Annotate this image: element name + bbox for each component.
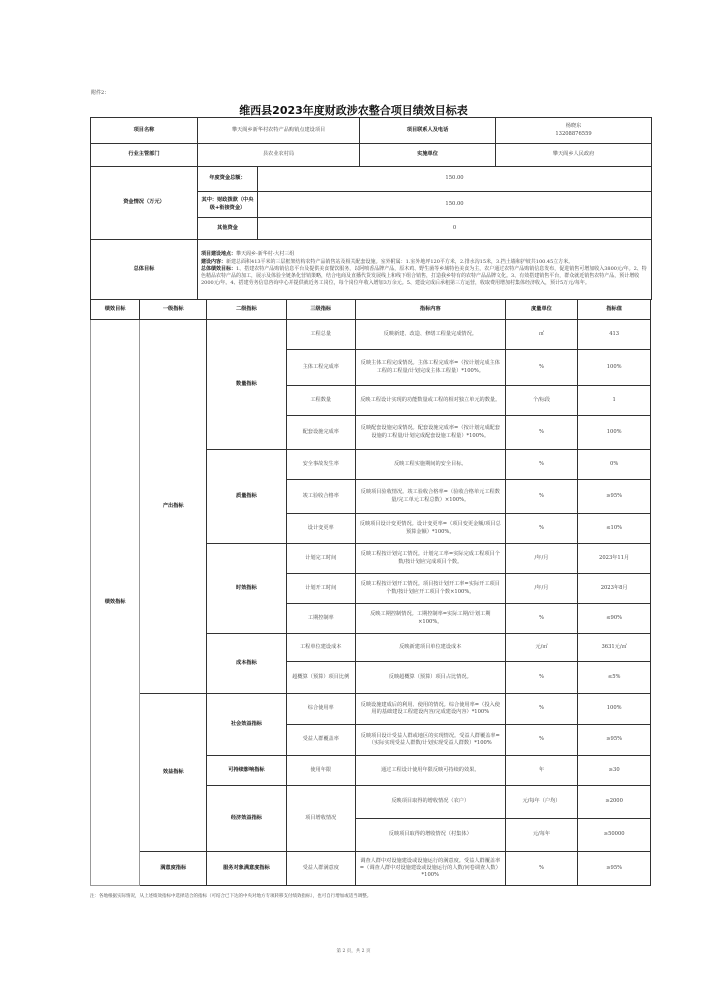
level3-indicator: 综合使用率 — [286, 694, 355, 725]
header-0: 绩效目标 — [91, 300, 140, 320]
location-value: 攀天阁乡-新华村-大村三组 — [236, 251, 294, 257]
dept-label: 行业主管部门 — [91, 144, 198, 167]
level2-indicator: 社会效益指标 — [207, 694, 286, 756]
measure-unit: % — [505, 450, 578, 480]
performance-value: 1、搭建农特产品购销信息平台及提供美食餐饮服务，以阿喷香品牌产品，原木鸡、野生菌… — [201, 266, 647, 287]
indicator-value: ≤90% — [578, 604, 651, 634]
measure-unit: % — [505, 514, 578, 544]
indicator-value: ≤10% — [578, 514, 651, 544]
level3-indicator: 超概算（预算）项目比例 — [286, 662, 355, 694]
indicator-value: 100% — [578, 350, 651, 386]
measure-unit: 元/㎡ — [505, 634, 578, 662]
content-label: 建设内容： — [201, 259, 226, 265]
level3-indicator: 竣工验收合格率 — [286, 480, 355, 514]
indicator-content: 反映工程按计划开工情况。项目按计划开工率=实际开工项目个数/按计划应开工项目个数… — [355, 574, 505, 604]
table-row: 满意度指标服务对象满意度指标受益人群满意度调查人群中对设施建设或设施运行的满意度… — [91, 852, 651, 886]
level3-indicator: 工程总量 — [286, 320, 355, 350]
measure-unit: % — [505, 662, 578, 694]
measure-unit: /年/月 — [505, 544, 578, 574]
indicator-value: 100% — [578, 694, 651, 725]
indicator-content: 反映项目设计变更情况。设计变更率=（项目变更金额/项目总预算金额）*100%。 — [355, 514, 505, 544]
overall-goal-content: 项目建设地点：攀天阁乡-新华村-大村三组 建设内容：新建总面积413平米的三层框… — [198, 240, 652, 300]
funding-other-label: 其他资金 — [198, 218, 258, 240]
indicator-table: 绩效目标一级指标二级指标三级指标指标内容度量单位指标值 绩效指标产出指标数量指标… — [90, 299, 651, 886]
indicator-value: 1 — [578, 386, 651, 416]
level3-indicator: 安全事故发生率 — [286, 450, 355, 480]
measure-unit: % — [505, 480, 578, 514]
indicator-content: 通过工程设计使用年限反映可持续的效果。 — [355, 756, 505, 786]
indicator-content: 反映项目验收情况。竣工验收合格率=（验收合格单元工程数量/完工单元工程总数）×1… — [355, 480, 505, 514]
level3-indicator: 项目增收情况 — [286, 786, 355, 852]
measure-unit: % — [505, 416, 578, 450]
funding-total-label: 年度资金总额： — [198, 167, 258, 192]
document-title: 维西县2023年度财政涉农整合项目绩效目标表 — [0, 102, 707, 118]
impl-value: 攀天阁乡人民政府 — [496, 144, 652, 167]
measure-unit: 年 — [505, 756, 578, 786]
level2-indicator: 成本指标 — [207, 634, 286, 694]
level3-indicator: 使用年限 — [286, 756, 355, 786]
header-5: 度量单位 — [505, 300, 578, 320]
level3-indicator: 设计变更率 — [286, 514, 355, 544]
indicator-content: 反映项目取得的增收情况（农户） — [355, 786, 505, 819]
measure-unit: /年/月 — [505, 574, 578, 604]
indicator-content: 反映工程实施期间的安全目标。 — [355, 450, 505, 480]
indicator-content: 反映项目取得的增收情况（村集体） — [355, 819, 505, 852]
project-name-label: 项目名称 — [91, 118, 198, 144]
level1-indicator: 产出指标 — [140, 320, 207, 694]
contact-label: 项目联系人及电话 — [360, 118, 496, 144]
funding-label: 资金情况（万元） — [91, 167, 198, 240]
level1-indicator: 满意度指标 — [140, 852, 207, 886]
indicator-value: 413 — [578, 320, 651, 350]
indicator-value: 0% — [578, 450, 651, 480]
indicator-content: 反映超概算（预算）项目占比情况。 — [355, 662, 505, 694]
footnote: 注：各地根据实际情况，从上述绩效指标中选择适合的指标（可结合已下达的中央对地方专… — [90, 893, 371, 899]
indicator-value: ≥95% — [578, 852, 651, 886]
level3-indicator: 计划完工时间 — [286, 544, 355, 574]
funding-fiscal-value: 150.00 — [258, 192, 652, 218]
location-label: 项目建设地点： — [201, 251, 236, 257]
indicator-value: ≥95% — [578, 480, 651, 514]
header-1: 一级指标 — [140, 300, 207, 320]
attachment-label: 附件2： — [91, 89, 109, 96]
level2-indicator: 数量指标 — [207, 320, 286, 450]
indicator-value: 100% — [578, 416, 651, 450]
impl-label: 实施单位 — [360, 144, 496, 167]
level2-indicator: 服务对象满意度指标 — [207, 852, 286, 886]
funding-total-value: 150.00 — [258, 167, 652, 192]
indicator-value: ≥2000 — [578, 786, 651, 819]
header-4: 指标内容 — [355, 300, 505, 320]
funding-other-value: 0 — [258, 218, 652, 240]
header-3: 三级指标 — [286, 300, 355, 320]
indicator-value: 2023年11月 — [578, 544, 651, 574]
indicator-value: ≥95% — [578, 725, 651, 756]
performance-label: 总体绩效目标： — [201, 266, 236, 272]
level3-indicator: 受益人群覆盖率 — [286, 725, 355, 756]
level3-indicator: 工程单位建设成本 — [286, 634, 355, 662]
measure-unit: % — [505, 694, 578, 725]
level3-indicator: 配套设施完成率 — [286, 416, 355, 450]
measure-unit: 元/每年（户均） — [505, 786, 578, 819]
level3-indicator: 主体工程完成率 — [286, 350, 355, 386]
indicator-content: 反映设施建成后的利用、使用的情况。综合使用率=（投入使用的基础建设工程建设内容/… — [355, 694, 505, 725]
measure-unit: 元/每年 — [505, 819, 578, 852]
content-value: 新建总面积413平米的三层框架结构农特产品销售站及相关配套设施。室外附属：1.室… — [226, 259, 573, 265]
funding-fiscal-label: 其中：财政拨款（中央级+衔接资金） — [198, 192, 258, 218]
level3-indicator: 受益人群满意度 — [286, 852, 355, 886]
indicator-content: 反映新建项目单位建设成本 — [355, 634, 505, 662]
level2-indicator: 质量指标 — [207, 450, 286, 544]
contact-value: 杨晓东13208876559 — [496, 118, 652, 144]
indicator-value: 2023年8月 — [578, 574, 651, 604]
indicator-value: ≤5% — [578, 662, 651, 694]
measure-unit: ㎡ — [505, 320, 578, 350]
dept-value: 县农业农村局 — [198, 144, 360, 167]
indicator-content: 反映主体工程完成情况。主体工程完成率=（按计划完成主体工程的工程量/计划完成主体… — [355, 350, 505, 386]
contact-phone: 13208876559 — [499, 131, 648, 138]
indicator-content: 反映工程按计划完工情况。计划完工率=实际完成工程项目个数/按计划应完成项目个数。 — [355, 544, 505, 574]
measure-unit: % — [505, 725, 578, 756]
header-2: 二级指标 — [207, 300, 286, 320]
indicator-content: 反映配套设施完成情况。配套设施完成率=（按计划完成配套设施的工程量/计划完成配套… — [355, 416, 505, 450]
table-row: 绩效指标产出指标数量指标工程总量反映新建、改造、修缮工程量完成情况。㎡413 — [91, 320, 651, 350]
indicator-value: ≥50000 — [578, 819, 651, 852]
overall-goal-label: 总体目标 — [91, 240, 198, 300]
table-row: 效益指标社会效益指标综合使用率反映设施建成后的利用、使用的情况。综合使用率=（投… — [91, 694, 651, 725]
indicator-value: 3631元/㎡ — [578, 634, 651, 662]
level2-indicator: 经济效益指标 — [207, 786, 286, 852]
level2-indicator: 时效指标 — [207, 544, 286, 634]
contact-name: 杨晓东 — [499, 123, 648, 130]
measure-unit: % — [505, 604, 578, 634]
measure-unit: % — [505, 852, 578, 886]
indicator-content: 反映项目设计受益人群或地区的实现情况。受益人群覆盖率=（实际实现受益人群数/计划… — [355, 725, 505, 756]
goal-label: 绩效指标 — [91, 320, 140, 886]
measure-unit: 个/标段 — [505, 386, 578, 416]
page-number: 第 2 页，共 2 页 — [0, 948, 707, 954]
indicator-content: 反映新建、改造、修缮工程量完成情况。 — [355, 320, 505, 350]
level2-indicator: 可持续影响指标 — [207, 756, 286, 786]
project-name-value: 攀天阁乡新华村农特产品购销点建设项目 — [198, 118, 360, 144]
level1-indicator: 效益指标 — [140, 694, 207, 852]
header-6: 指标值 — [578, 300, 651, 320]
indicator-content: 反映工程设计实现的功能数量或工程的相对独立单元的数量。 — [355, 386, 505, 416]
level3-indicator: 工期控制率 — [286, 604, 355, 634]
indicator-value: ≥30 — [578, 756, 651, 786]
indicator-content: 调查人群中对设施建设或设施运行的满意度。受益人群覆盖率=（调查人群中对设施建设或… — [355, 852, 505, 886]
level3-indicator: 工程数量 — [286, 386, 355, 416]
level3-indicator: 计划开工时间 — [286, 574, 355, 604]
measure-unit: % — [505, 350, 578, 386]
project-info-table: 项目名称 攀天阁乡新华村农特产品购销点建设项目 项目联系人及电话 杨晓东1320… — [90, 117, 652, 300]
indicator-content: 反映工期控制情况。工期控制率=实际工期/计划工期×100%。 — [355, 604, 505, 634]
